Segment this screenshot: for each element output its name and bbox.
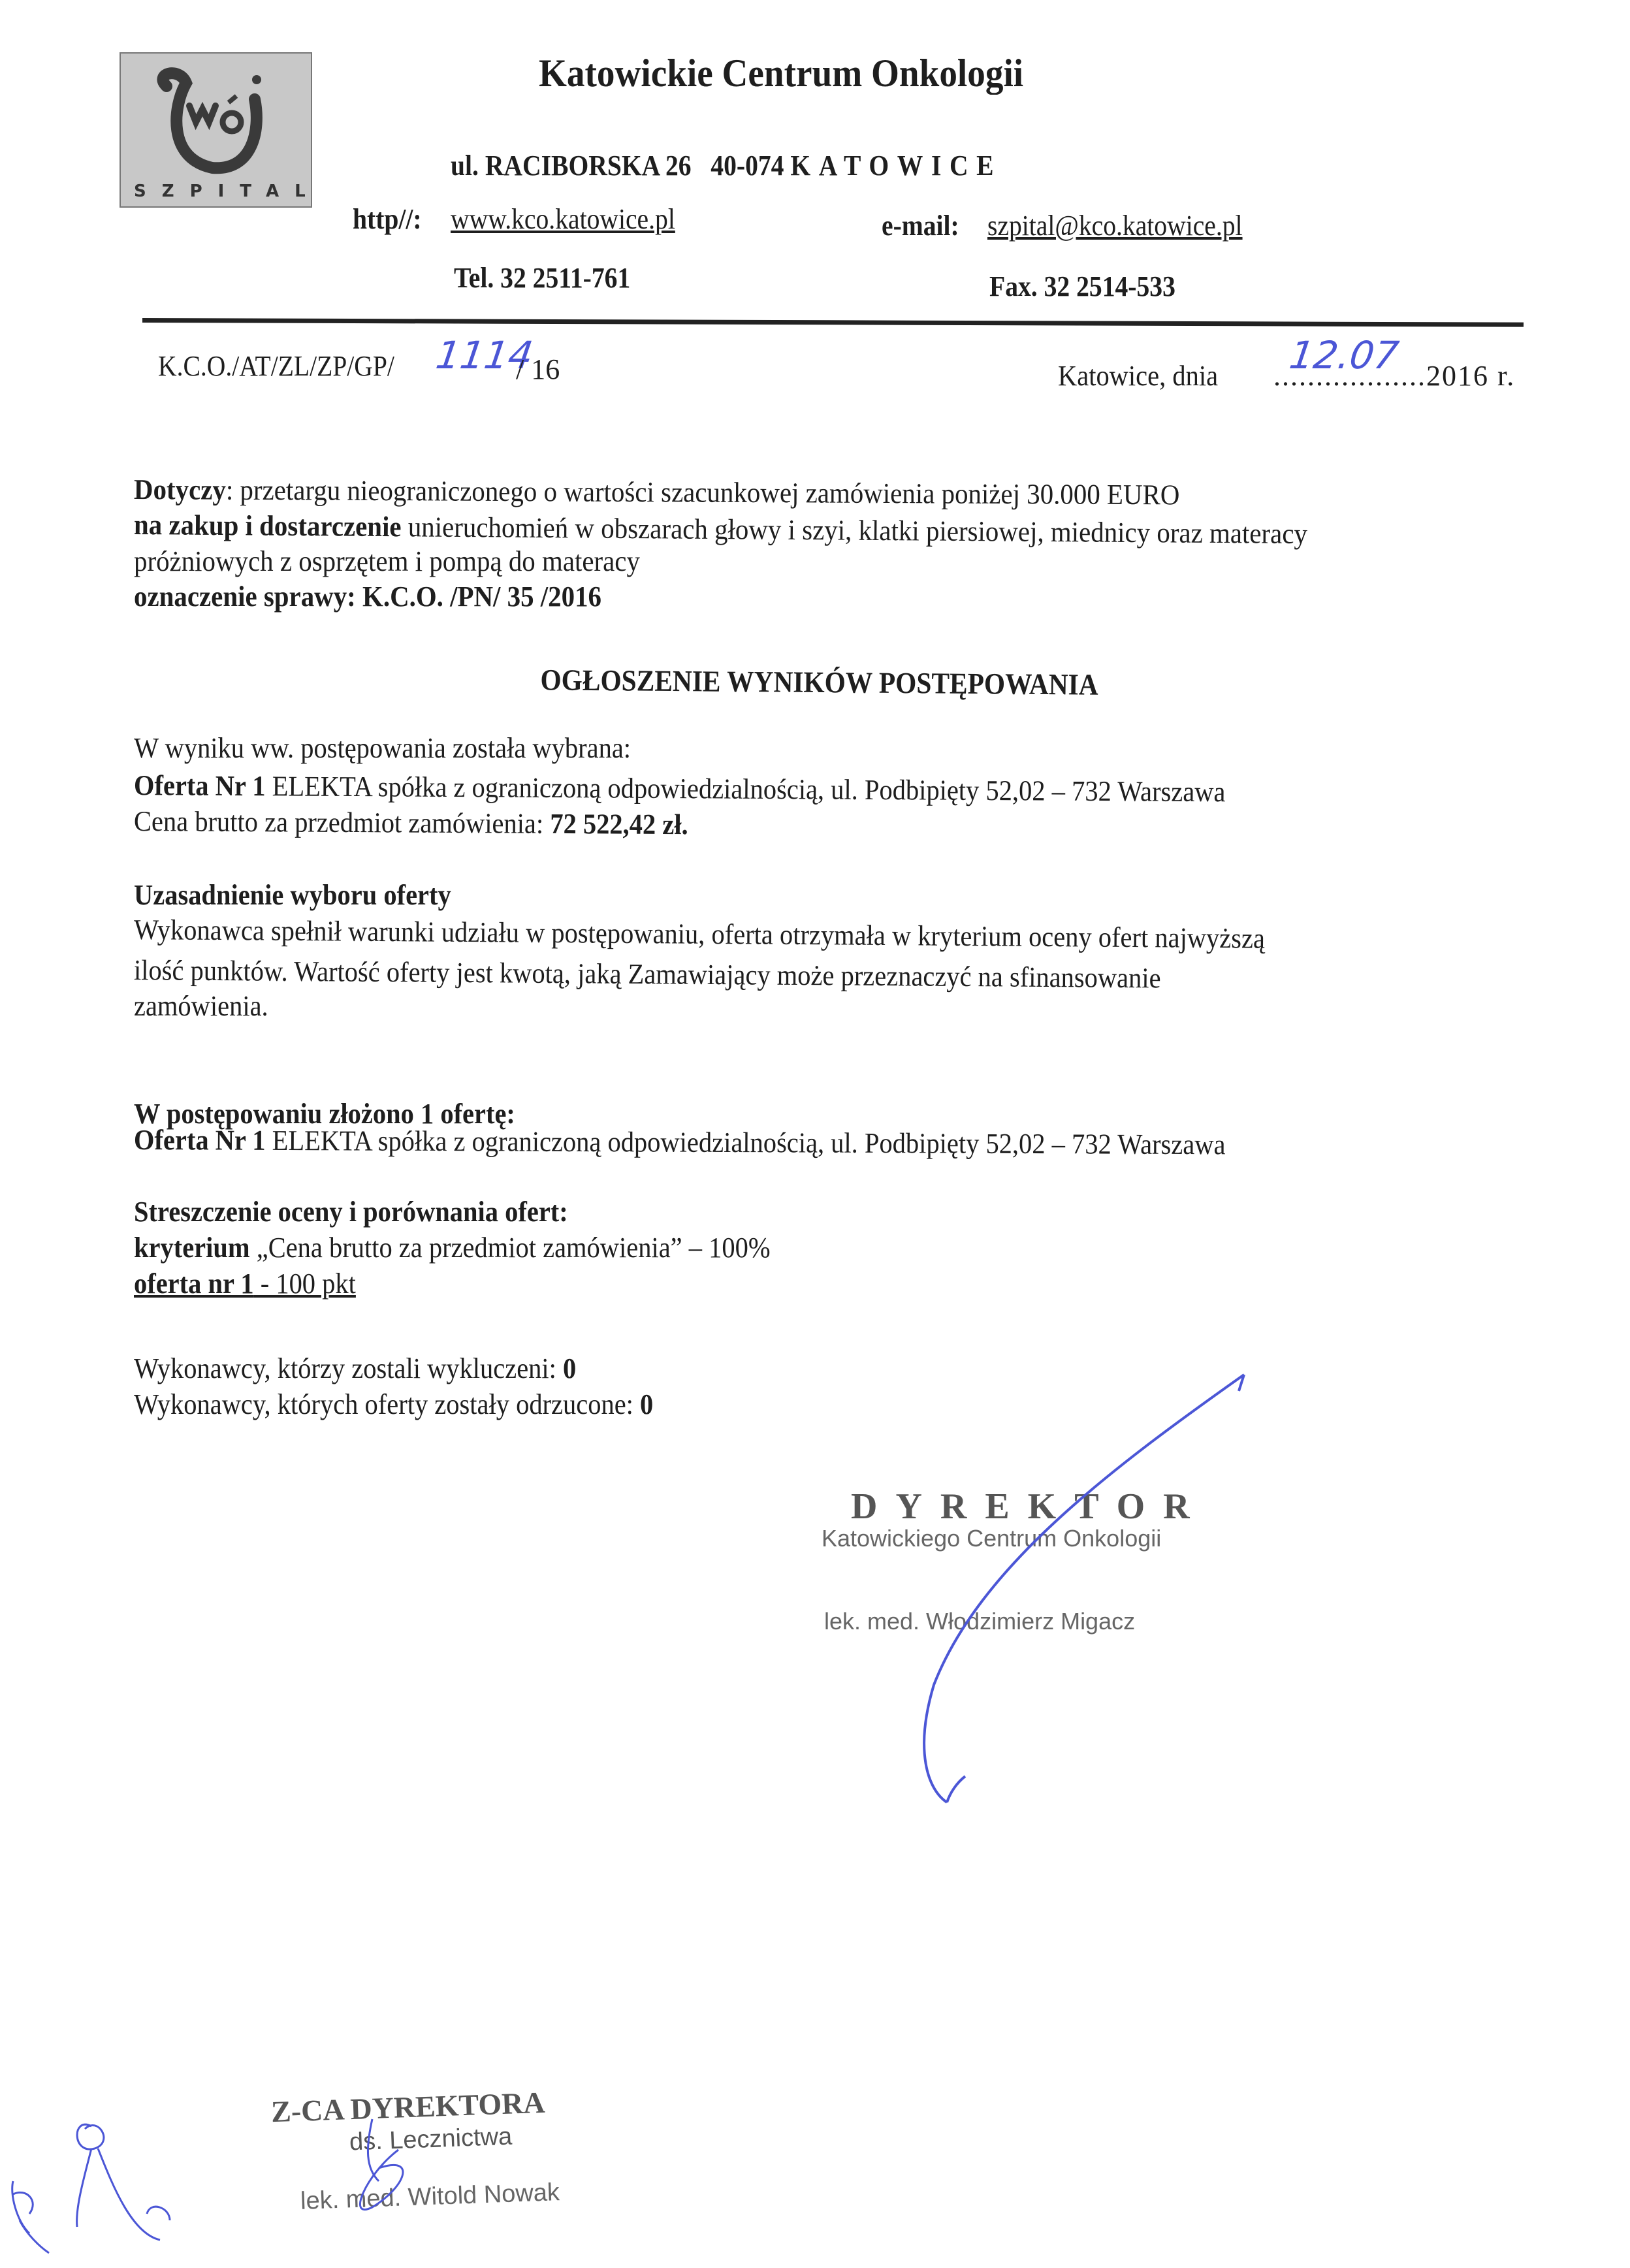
justification-title: Uzasadnienie wyboru oferty <box>134 878 451 912</box>
initials-signature-2 <box>12 2181 49 2253</box>
evaluation-score: oferta nr 1 - 100 pkt <box>134 1267 356 1300</box>
date-label: Katowice, dnia <box>1058 359 1218 392</box>
subject-line-1: Dotyczy: przetargu nieograniczonego o wa… <box>134 473 1180 511</box>
address-street: ul. RACIBORSKA 26 <box>451 150 692 182</box>
offer-price: Cena brutto za przedmiot zamówienia: 72 … <box>134 805 688 841</box>
case-reference: oznaczenie sprawy: K.C.O. /PN/ 35 /2016 <box>134 580 601 613</box>
subject-label: Dotyczy <box>134 473 226 506</box>
email-link[interactable]: szpital@kco.katowice.pl <box>987 209 1243 242</box>
address-city: KATOWICE <box>790 150 1002 182</box>
subject-text: : przetargu nieograniczonego o wartości … <box>226 474 1180 511</box>
offer-number: Oferta Nr 1 <box>134 1124 266 1157</box>
excluded-count: 0 <box>563 1352 576 1384</box>
website-link[interactable]: www.kco.katowice.pl <box>451 202 675 236</box>
date-handwritten: 12.07 <box>1286 333 1401 377</box>
director-stamp-title: DYREKTOR <box>851 1486 1208 1527</box>
deputy-stamp-dept: ds. Lecznictwa <box>349 2123 513 2157</box>
excluded-label: Wykonawcy, którzy zostali wykluczeni: <box>134 1352 563 1384</box>
offer-number: Oferta Nr 1 <box>134 769 266 802</box>
date-year: 2016 r. <box>1426 360 1515 392</box>
address: ul. RACIBORSKA 26 40-074 KATOWICE <box>451 149 1002 182</box>
result-intro: W wyniku ww. postępowania została wybran… <box>134 731 631 765</box>
evaluation-title: Streszczenie oceny i porównania ofert: <box>134 1195 568 1228</box>
director-stamp-org: Katowickiego Centrum Onkologii <box>822 1525 1161 1552</box>
score-value: - 100 pkt <box>254 1268 356 1300</box>
initials-signature-1 <box>77 2124 170 2240</box>
rejected-offers: Wykonawcy, których oferty zostały odrzuc… <box>134 1388 653 1421</box>
logo-label: SZPITAL <box>121 182 311 201</box>
criterion-text: „Cena brutto za przedmiot zamówienia” – … <box>250 1232 771 1264</box>
justification-line: ilość punktów. Wartość oferty jest kwotą… <box>134 953 1161 995</box>
selected-offer: Oferta Nr 1 ELEKTA spółka z ograniczoną … <box>134 769 1226 808</box>
justification-line: Wykonawca spełnił warunki udziału w post… <box>134 913 1265 955</box>
email-label: e-mail: <box>882 209 959 242</box>
fax: Fax. 32 2514-533 <box>989 270 1175 303</box>
telephone: Tel. 32 2511-761 <box>454 261 630 295</box>
offer-details: ELEKTA spółka z ograniczoną odpowiedzial… <box>265 770 1225 808</box>
subject-bold: na zakup i dostarczenie <box>134 509 402 543</box>
director-signature <box>924 1375 1244 1802</box>
score-label: oferta nr 1 <box>134 1268 254 1300</box>
address-postal: 40-074 <box>711 150 784 182</box>
page-title: OGŁOSZENIE WYNIKÓW POSTĘPOWANIA <box>540 662 1098 701</box>
price-label: Cena brutto za przedmiot zamówienia: <box>134 805 551 840</box>
director-stamp-name: lek. med. Włodzimierz Migacz <box>824 1608 1135 1635</box>
offer-details: ELEKTA spółka z ograniczoną odpowiedzial… <box>265 1125 1225 1160</box>
criterion-label: kryterium <box>134 1232 250 1264</box>
deputy-stamp-name: lek. med. Witold Nowak <box>300 2179 560 2216</box>
submitted-offer: Oferta Nr 1 ELEKTA spółka z ograniczoną … <box>134 1123 1226 1161</box>
header-divider <box>142 318 1524 327</box>
organization-name: Katowickie Centrum Onkologii <box>539 51 1023 96</box>
reference-prefix: K.C.O./AT/ZL/ZP/GP/ <box>158 349 394 383</box>
reference-suffix: / 16 <box>516 353 560 386</box>
rejected-label: Wykonawcy, których oferty zostały odrzuc… <box>134 1388 640 1420</box>
evaluation-criterion: kryterium „Cena brutto za przedmiot zamó… <box>134 1231 771 1264</box>
web-label: http//: <box>353 202 422 236</box>
subject-line-3: próżniowych z osprzętem i pompą do mater… <box>134 545 640 578</box>
smile-logo-icon <box>140 60 291 178</box>
price-value: 72 522,42 zł. <box>550 808 688 840</box>
excluded-contractors: Wykonawcy, którzy zostali wykluczeni: 0 <box>134 1352 576 1385</box>
rejected-count: 0 <box>640 1388 653 1420</box>
hospital-logo: SZPITAL <box>120 52 312 208</box>
justification-line: zamówienia. <box>134 989 268 1023</box>
